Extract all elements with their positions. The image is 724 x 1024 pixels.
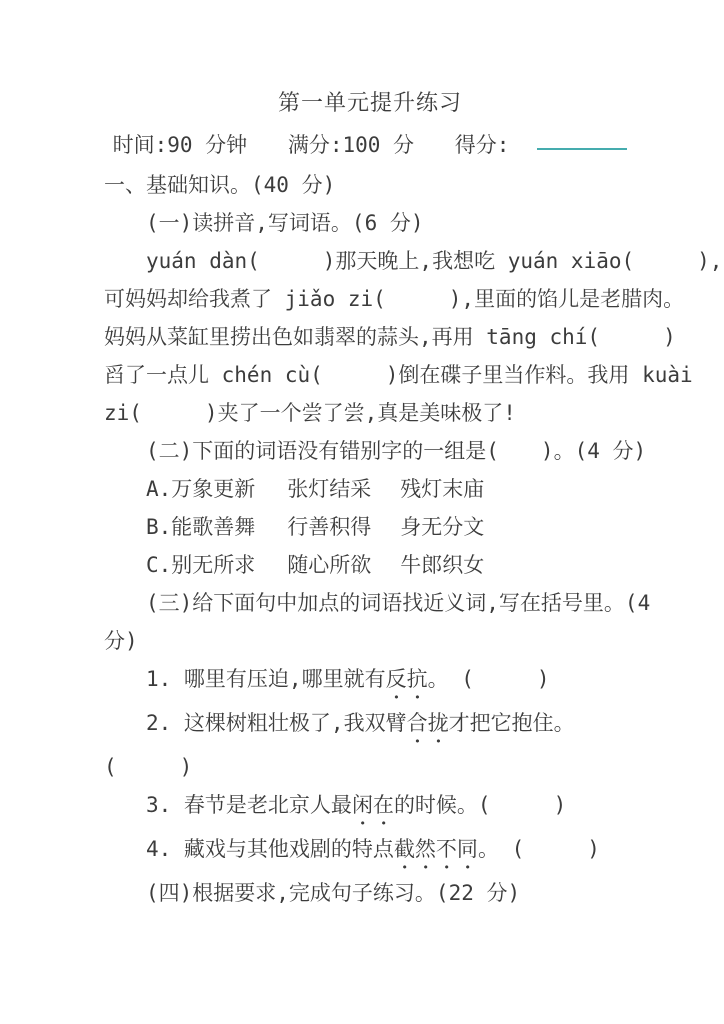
question-text: 1. 哪里有压迫,哪里就有 <box>146 667 386 691</box>
exam-info-line: 时间:90 分钟 满分:100 分 得分: <box>104 124 636 166</box>
option-word: 随心所欲 <box>287 546 400 584</box>
option-label: A. <box>146 470 171 508</box>
pinyin-paragraph-line: 舀了一点儿 chén cù( )倒在碟子里当作料。我用 kuài <box>104 356 636 394</box>
subsection-3-heading-line-1: (三)给下面句中加点的词语找近义词,写在括号里。(4 <box>104 584 636 622</box>
option-word: 别无所求 <box>171 546 287 584</box>
question-text: 3. 春节是老北京人最 <box>146 793 352 817</box>
emphasized-word: 合拢 <box>407 711 449 735</box>
emphasized-word: 截然不同 <box>394 837 478 861</box>
emphasized-word: 反抗 <box>386 667 428 691</box>
option-word: 万象更新 <box>171 470 287 508</box>
subsection-2-heading: (二)下面的词语没有错别字的一组是( )。(4 分) <box>104 432 636 470</box>
word-option-row-a: A.万象更新张灯结采残灯末庙 <box>104 470 636 508</box>
subsection-3-heading-line-2: 分) <box>104 622 636 660</box>
option-label: C. <box>146 546 171 584</box>
option-word: 行善积得 <box>287 508 400 546</box>
option-word: 能歌善舞 <box>171 508 287 546</box>
pinyin-paragraph-line: yuán dàn( )那天晚上,我想吃 yuán xiāo( ), <box>104 242 636 280</box>
question-2-answer-blank: ( ) <box>104 748 636 786</box>
section-1-heading: 一、基础知识。(40 分) <box>104 166 636 204</box>
score-blank-line <box>537 147 627 150</box>
word-option-row-c: C.别无所求随心所欲牛郎织女 <box>104 546 636 584</box>
question-text: 4. 藏戏与其他戏剧的特点 <box>146 837 394 861</box>
word-option-row-b: B.能歌善舞行善积得身无分文 <box>104 508 636 546</box>
question-text: 才把它抱住。 <box>449 711 575 735</box>
question-text: 2. 这棵树粗壮极了,我双臂 <box>146 711 407 735</box>
question-3: 3. 春节是老北京人最闲在的时候。( ) <box>104 786 636 830</box>
emphasized-word: 闲在 <box>352 793 394 817</box>
pinyin-paragraph-line: 妈妈从菜缸里捞出色如翡翠的蒜头,再用 tāng chí( ) <box>104 318 636 356</box>
option-word: 张灯结采 <box>287 470 400 508</box>
subsection-1-heading: (一)读拼音,写词语。(6 分) <box>104 204 636 242</box>
option-label: B. <box>146 508 171 546</box>
question-2: 2. 这棵树粗壮极了,我双臂合拢才把它抱住。 <box>104 704 636 748</box>
question-text-with-blank: 。 ( ) <box>478 837 600 861</box>
exam-paper-page: 第一单元提升练习 时间:90 分钟 满分:100 分 得分: 一、基础知识。(4… <box>0 0 724 1024</box>
option-word: 残灯末庙 <box>400 470 484 508</box>
full-score-label: 满分:100 分 <box>288 133 414 157</box>
score-label: 得分: <box>455 133 510 157</box>
option-word: 牛郎织女 <box>400 546 484 584</box>
time-label: 时间:90 分钟 <box>113 133 248 157</box>
page-title: 第一单元提升练习 <box>104 84 636 124</box>
question-text-with-blank: 的时候。( ) <box>394 793 566 817</box>
question-1: 1. 哪里有压迫,哪里就有反抗。 ( ) <box>104 660 636 704</box>
option-word: 身无分文 <box>400 508 484 546</box>
pinyin-paragraph-line: zi( )夹了一个尝了尝,真是美味极了! <box>104 394 636 432</box>
pinyin-paragraph-line: 可妈妈却给我煮了 jiǎo zi( ),里面的馅儿是老腊肉。 <box>104 280 636 318</box>
question-text-with-blank: 。 ( ) <box>428 667 550 691</box>
subsection-4-heading: (四)根据要求,完成句子练习。(22 分) <box>104 874 636 912</box>
question-4: 4. 藏戏与其他戏剧的特点截然不同。 ( ) <box>104 830 636 874</box>
